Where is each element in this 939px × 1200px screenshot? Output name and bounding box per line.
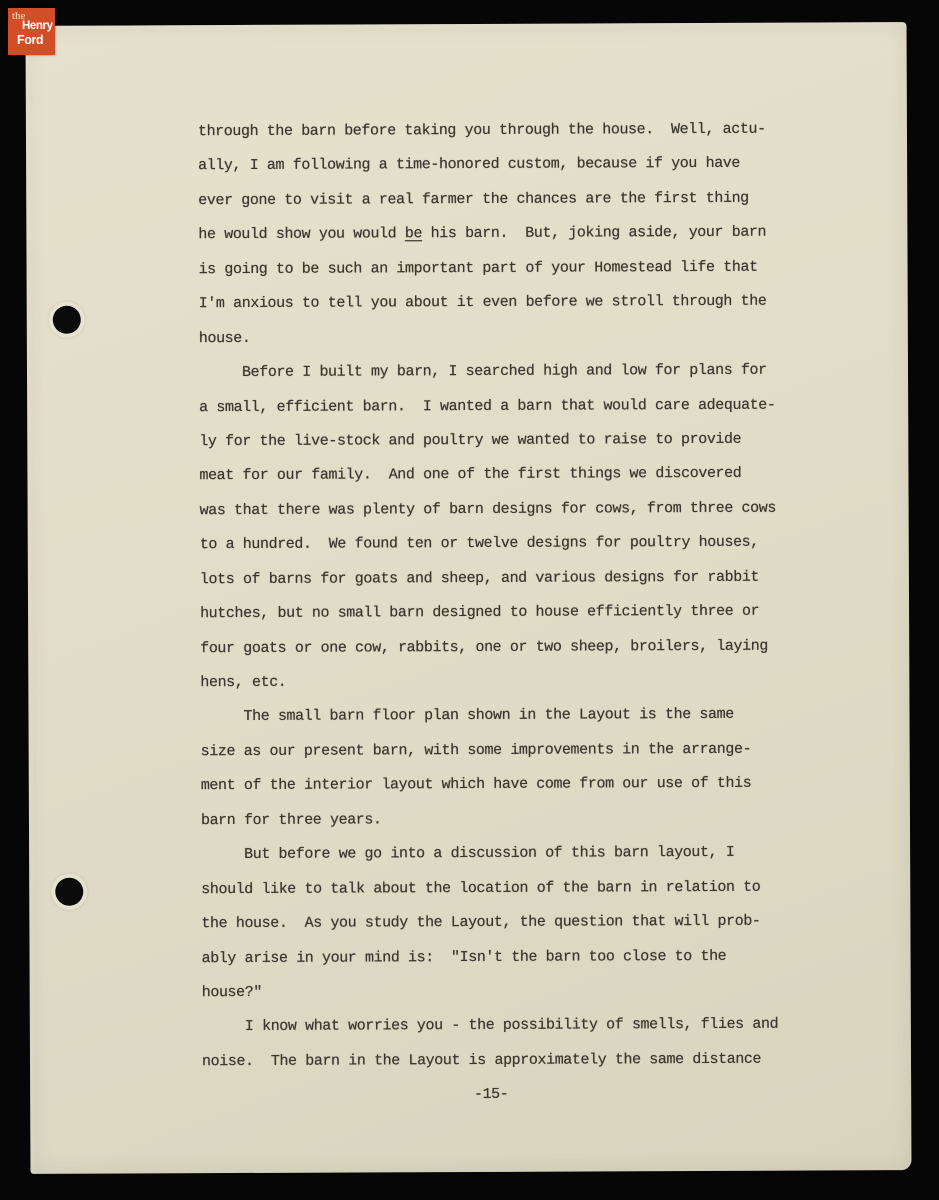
text-line: to a hundred. We found ten or twelve des… [200,526,800,563]
text-line: ally, I am following a time-honored cust… [198,147,798,184]
text-line: ly for the live-stock and poultry we wan… [199,422,799,459]
text-line: house. [199,319,799,356]
page-number: -15- [202,1077,780,1114]
punch-hole-bottom [55,878,83,906]
text-line: barn for three years. [201,801,801,838]
typewritten-lines: through the barn before taking you throu… [198,113,802,1080]
logo-word-henry: Henry [22,20,53,32]
text-line: he would show you would be his barn. But… [198,216,798,253]
text-line: meat for our family. And one of the firs… [199,457,799,494]
logo-word-ford: Ford [17,33,43,47]
text-line: hens, etc. [200,664,800,701]
text-line: through the barn before taking you throu… [198,113,798,150]
text-line: is going to be such an important part of… [198,250,798,287]
text-line: size as our present barn, with some impr… [201,732,801,769]
text-line: ever gone to visit a real farmer the cha… [198,181,798,218]
document-page: through the barn before taking you throu… [25,22,911,1174]
text-line: house?" [202,973,802,1010]
henry-ford-logo: the Henry Ford [8,8,55,55]
text-line: the house. As you study the Layout, the … [201,905,801,942]
text-line: hutches, but no small barn designed to h… [200,595,800,632]
text-line: I know what worries you - the possibilit… [202,1008,802,1045]
text-line: ably arise in your mind is: "Isn't the b… [201,939,801,976]
text-line: But before we go into a discussion of th… [201,836,801,873]
text-line: noise. The barn in the Layout is approxi… [202,1042,802,1079]
punch-hole-top [53,306,81,334]
typewritten-text-block: through the barn before taking you throu… [198,113,802,1114]
scan-background: through the barn before taking you throu… [0,0,939,1200]
text-line: a small, efficient barn. I wanted a barn… [199,388,799,425]
text-line: was that there was plenty of barn design… [200,491,800,528]
text-line: ment of the interior layout which have c… [201,767,801,804]
text-line: The small barn floor plan shown in the L… [200,698,800,735]
text-line: lots of barns for goats and sheep, and v… [200,560,800,597]
text-line: should like to talk about the location o… [201,870,801,907]
text-line: four goats or one cow, rabbits, one or t… [200,629,800,666]
text-line: Before I built my barn, I searched high … [199,354,799,391]
text-line: I'm anxious to tell you about it even be… [199,285,799,322]
